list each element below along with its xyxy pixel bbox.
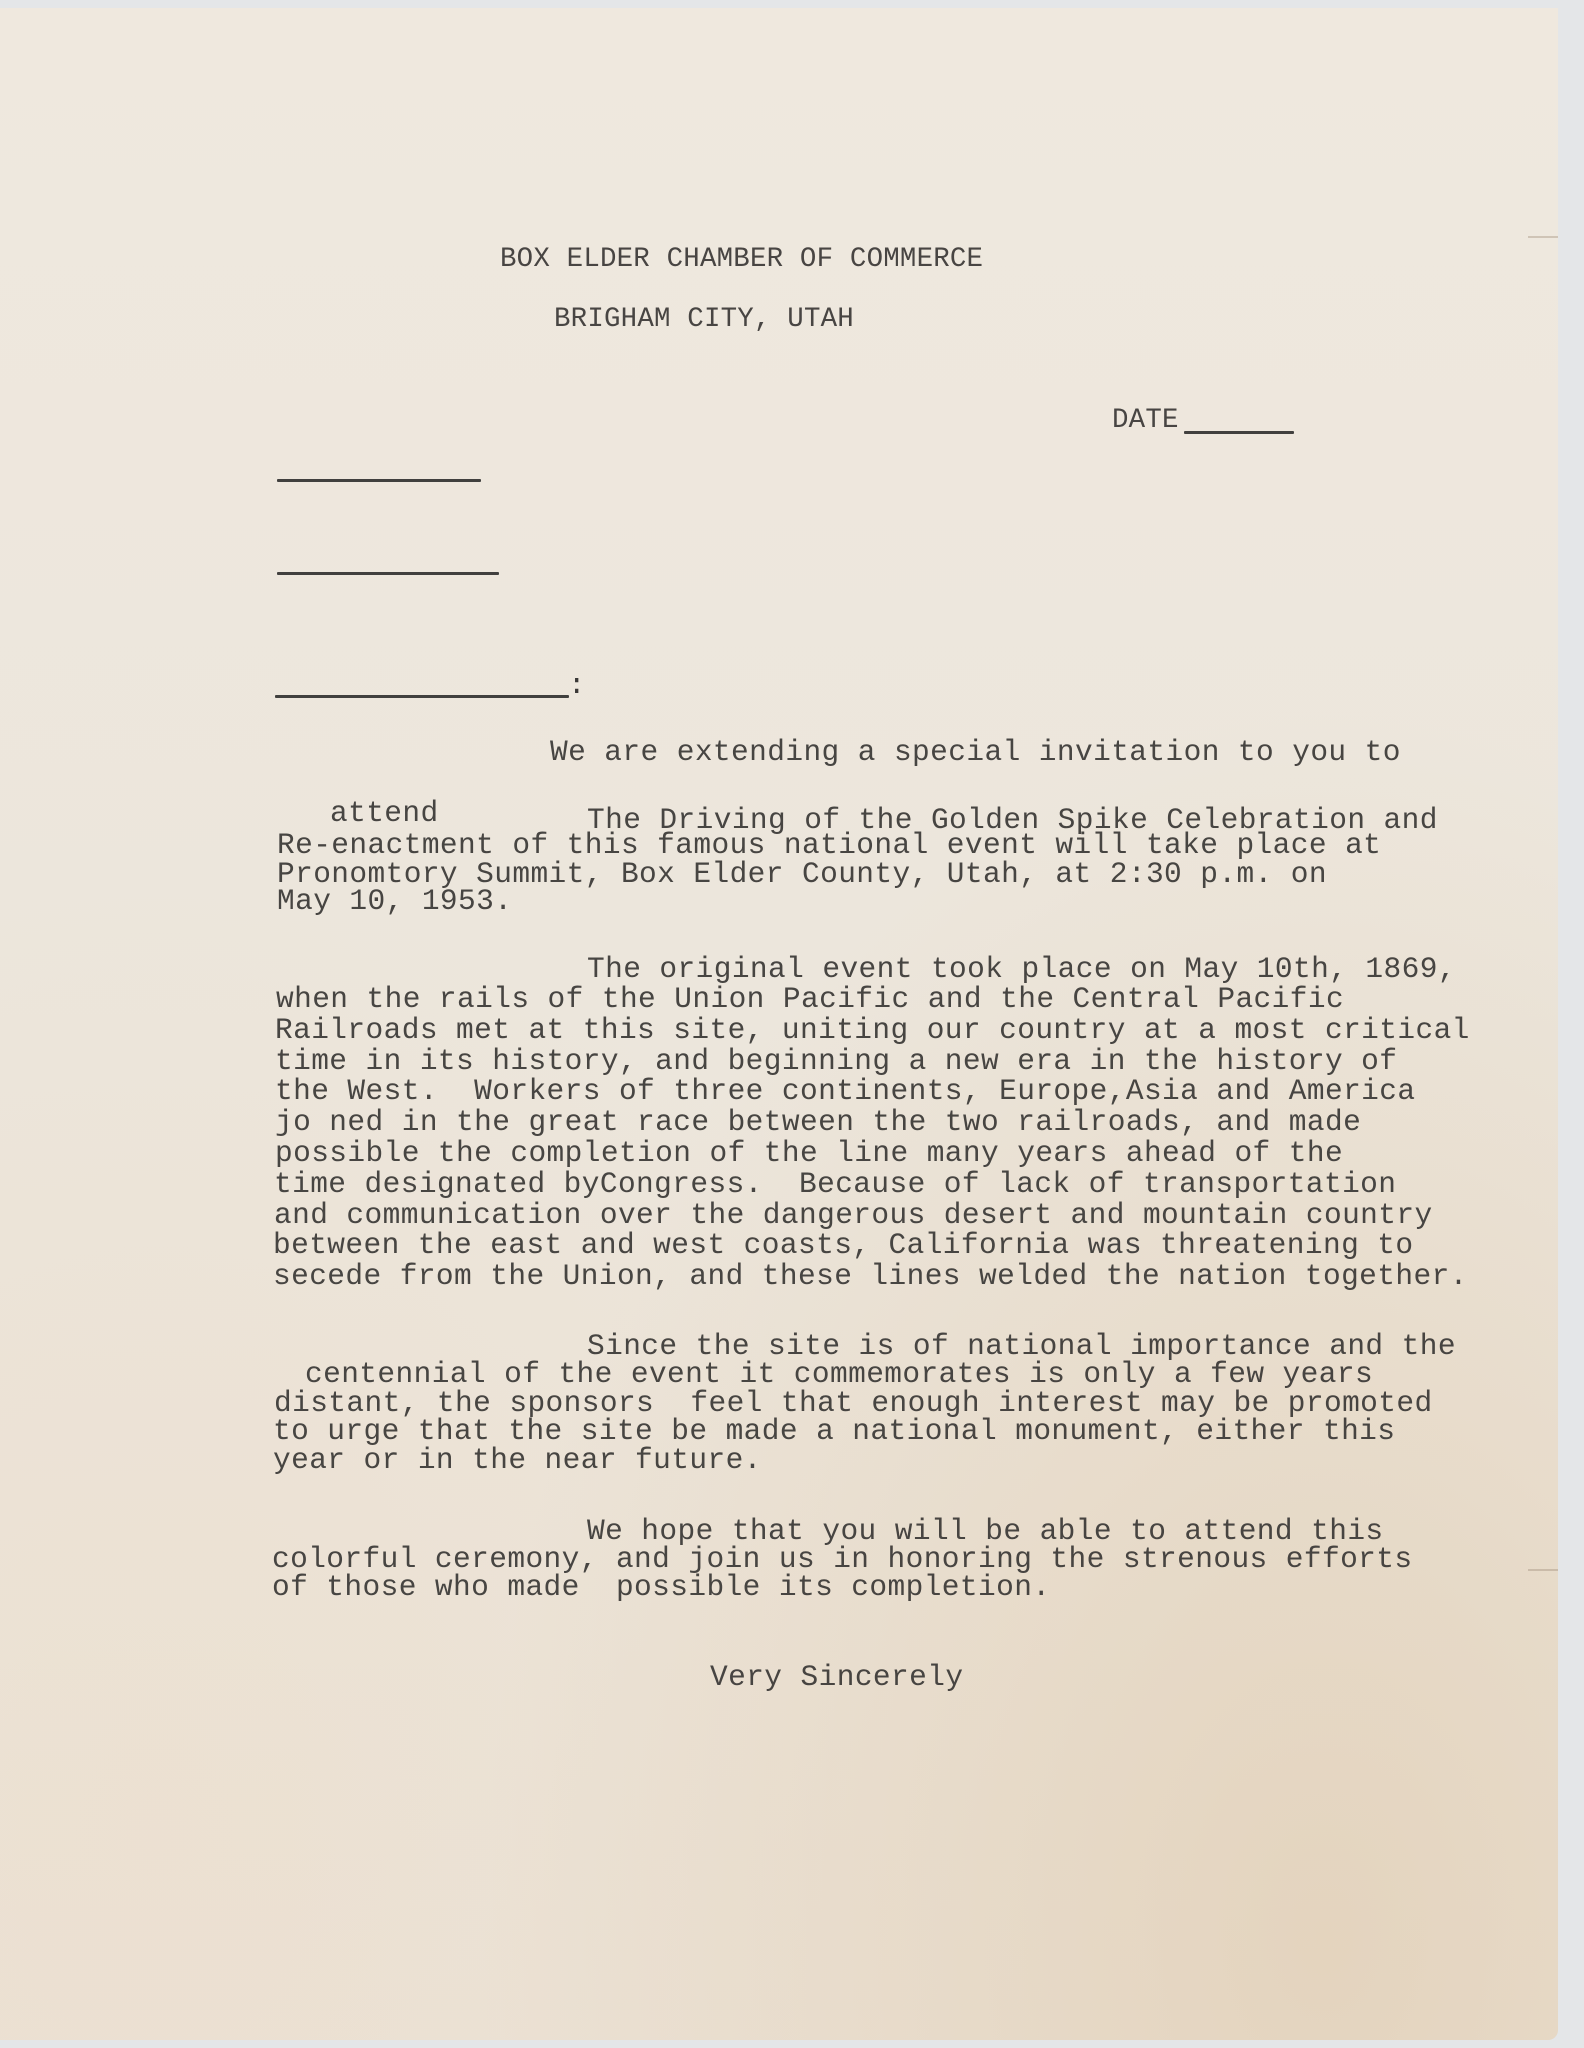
closing: Very Sincerely (710, 1662, 963, 1693)
edge-crease-top (1528, 236, 1558, 238)
salutation-blank-line[interactable] (275, 695, 569, 698)
paragraph-3-line-11: secede from the Union, and these lines w… (273, 1261, 1468, 1292)
paragraph-3-line-5: the West. Workers of three continents, E… (275, 1076, 1415, 1107)
paragraph-2-attend: attend (330, 798, 439, 829)
paragraph-3-line-10: between the east and west coasts, Califo… (273, 1230, 1413, 1261)
address-blank-line-2[interactable] (277, 572, 499, 575)
date-blank-line[interactable] (1184, 431, 1294, 434)
address-blank-line-1[interactable] (277, 479, 481, 482)
edge-crease-bottom (1528, 1569, 1558, 1571)
paragraph-3-line-3: Railroads met at this site, uniting our … (275, 1015, 1470, 1046)
paragraph-3-line-6: jo ned in the great race between the two… (275, 1107, 1361, 1138)
paragraph-2-line-4: May 10, 1953. (277, 886, 512, 917)
letter-page: BOX ELDER CHAMBER OF COMMERCE BRIGHAM CI… (0, 8, 1558, 2040)
letterhead-location: BRIGHAM CITY, UTAH (554, 304, 854, 335)
paragraph-3-line-4: time in its history, and beginning a new… (275, 1046, 1397, 1077)
date-label: DATE (1112, 405, 1179, 436)
paragraph-3-line-2: when the rails of the Union Pacific and … (276, 984, 1344, 1015)
paragraph-3-line-8: time designated byCongress. Because of l… (274, 1169, 1396, 1200)
letterhead-organization: BOX ELDER CHAMBER OF COMMERCE (500, 244, 983, 275)
paragraph-5-line-3: of those who made possible its completio… (272, 1572, 1050, 1603)
paragraph-3-line-1: The original event took place on May 10t… (587, 954, 1456, 985)
paragraph-3-line-7: possible the completion of the line many… (275, 1138, 1343, 1169)
salutation-colon: : (568, 669, 585, 702)
paragraph-1-line-1: We are extending a special invitation to… (550, 737, 1401, 768)
paragraph-4-line-5: year or in the near future. (273, 1445, 762, 1476)
paragraph-3-line-9: and communication over the dangerous des… (274, 1200, 1433, 1231)
